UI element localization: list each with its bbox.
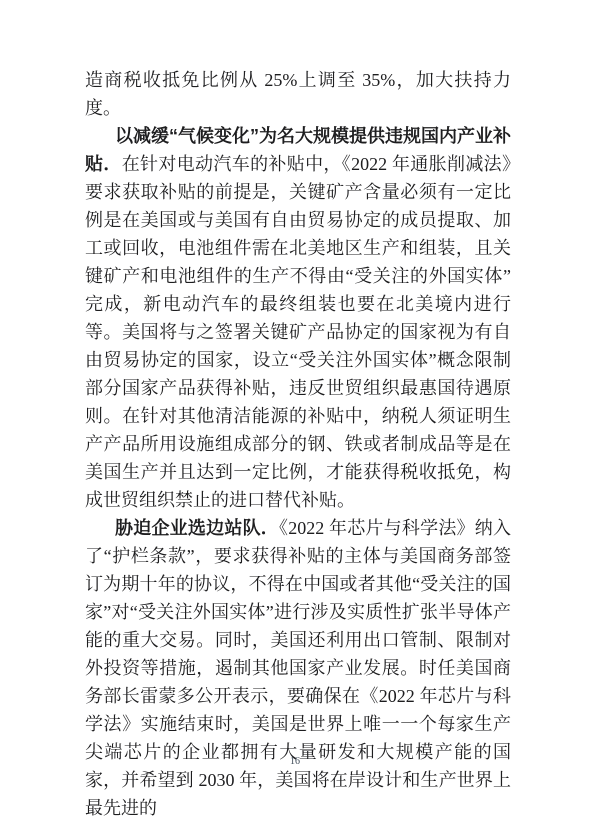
body-text-run: 《2022 年芯片与科学法》纳入了“护栏条款”，要求获得补贴的主体与美国商务部签…: [85, 518, 511, 818]
body-text-run: 在针对电动汽车的补贴中，《2022 年通胀削减法》要求获取补贴的前提是，关键矿产…: [85, 154, 511, 510]
paragraph: 造商税收抵免比例从 25%上调至 35%，加大扶持力度。: [85, 66, 511, 122]
paragraph: 胁迫企业选边站队．《2022 年芯片与科学法》纳入了“护栏条款”，要求获得补贴的…: [85, 514, 511, 822]
document-page: 造商税收抵免比例从 25%上调至 35%，加大扶持力度。以减缓“气候变化”为名大…: [0, 0, 590, 833]
page-footer: 16: [0, 751, 590, 769]
body-text-run: 造商税收抵免比例从 25%上调至 35%，加大扶持力度。: [85, 70, 511, 118]
paragraph: 以减缓“气候变化”为名大规模提供违规国内产业补贴．在针对电动汽车的补贴中，《20…: [85, 122, 511, 514]
page-number: 16: [290, 756, 300, 767]
document-body: 造商税收抵免比例从 25%上调至 35%，加大扶持力度。以减缓“气候变化”为名大…: [85, 66, 511, 822]
bold-lead-sentence: 胁迫企业选边站队．: [115, 518, 279, 538]
